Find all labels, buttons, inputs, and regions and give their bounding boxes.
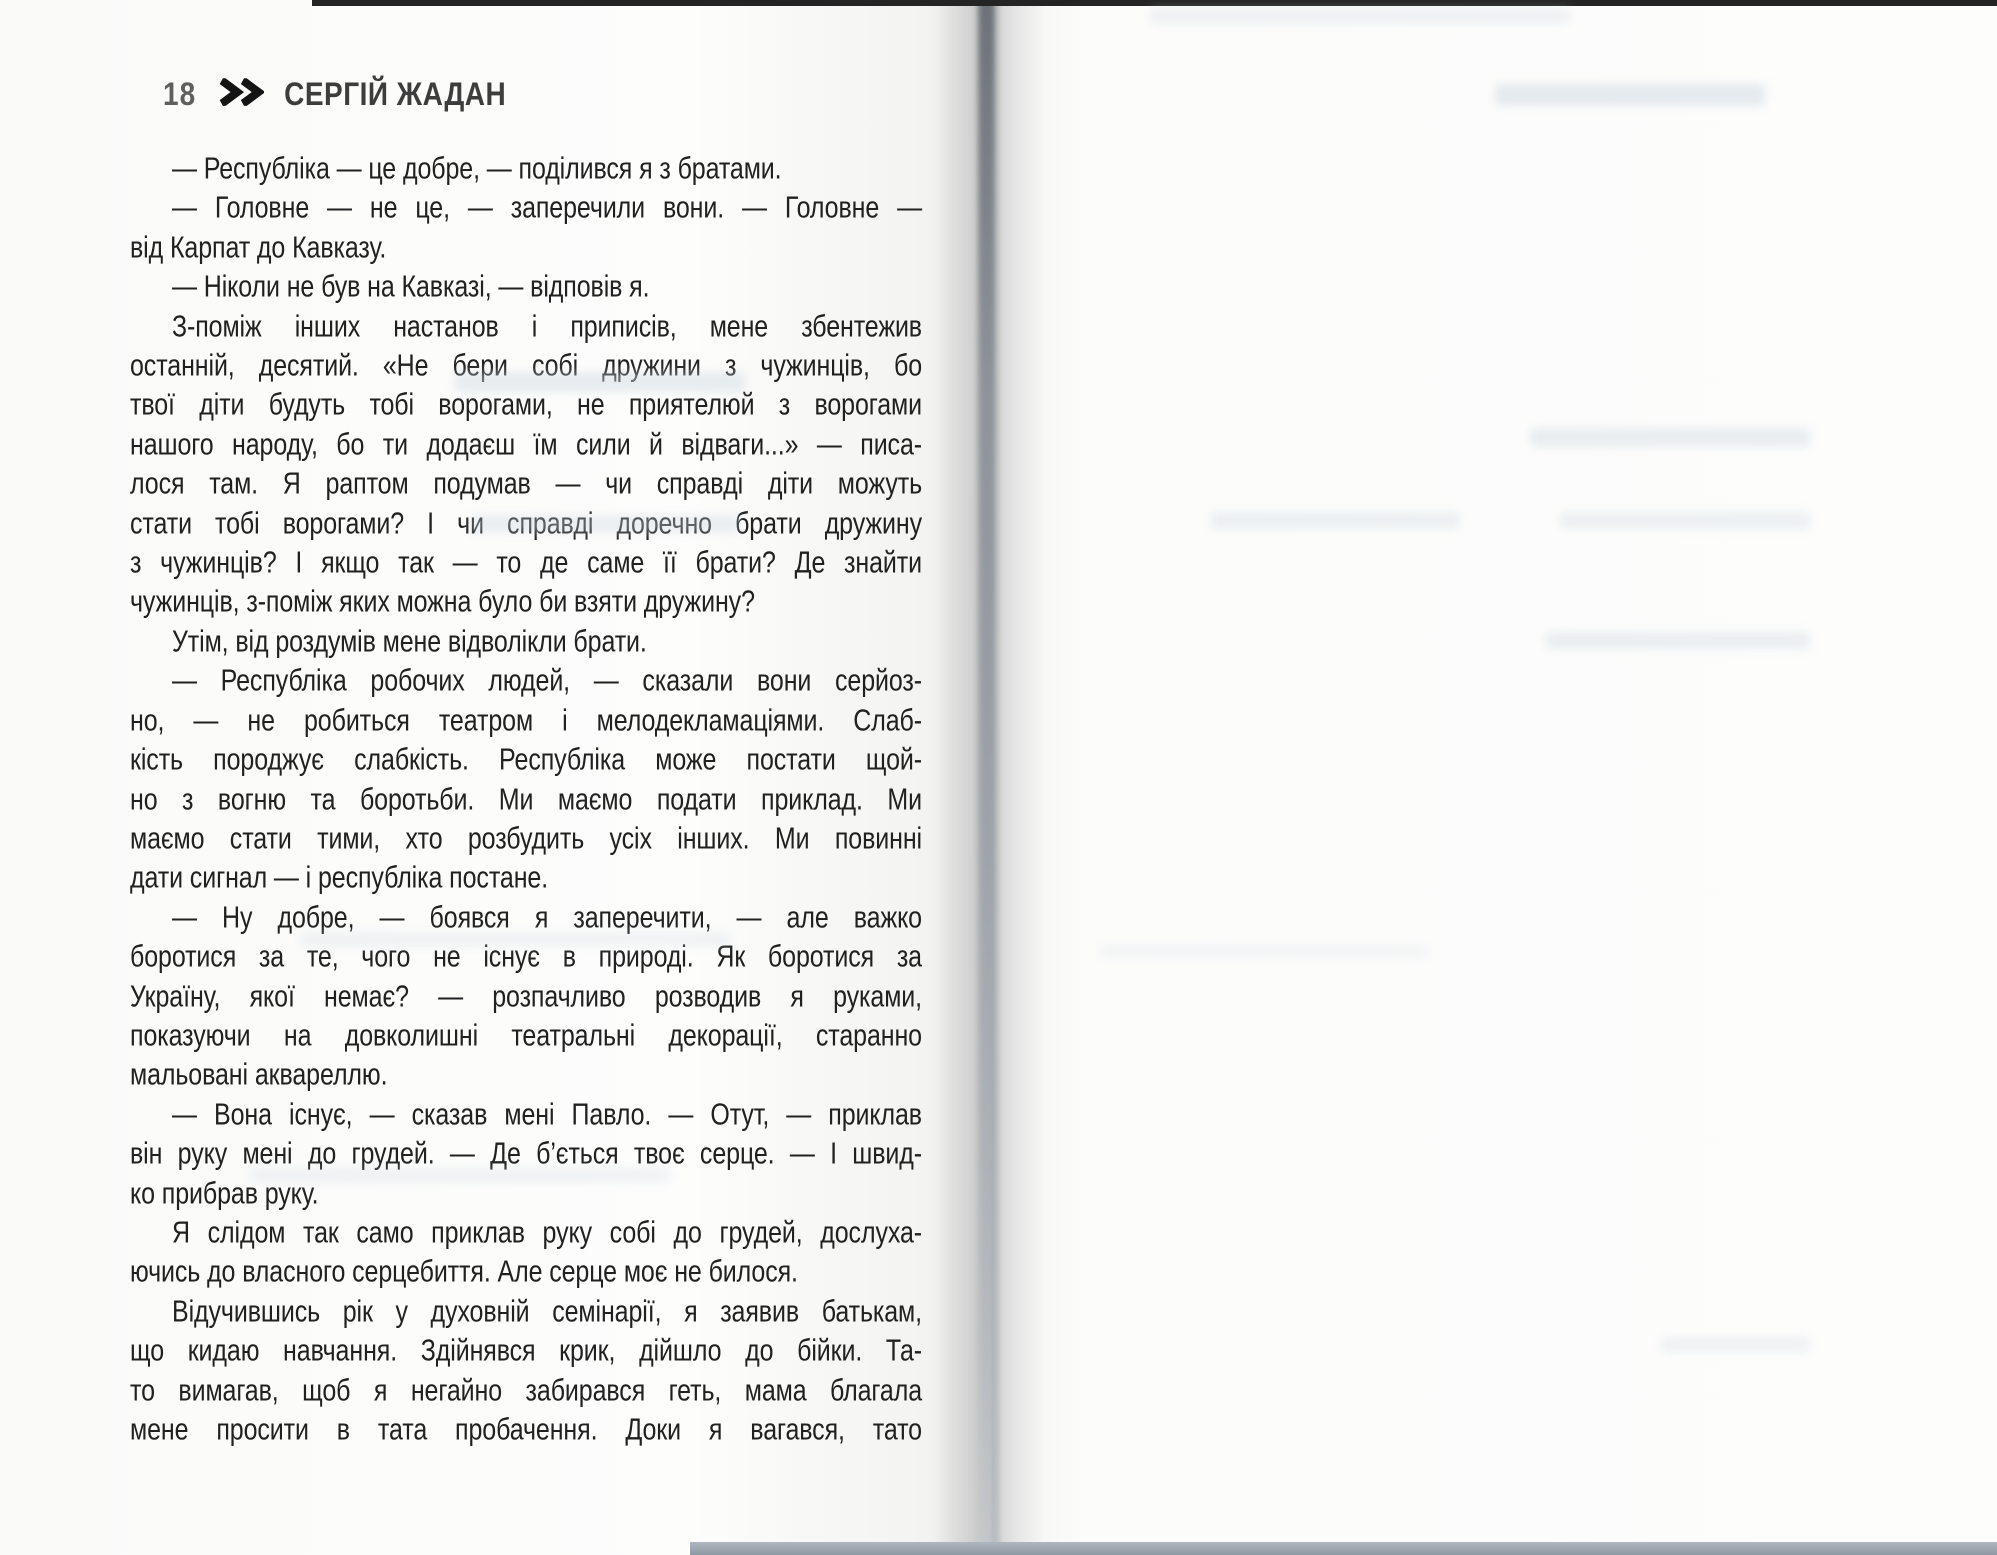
text-line: мене просити в тата пробачення. Доки я в… <box>130 1407 922 1455</box>
show-through-smudge <box>1660 1337 1810 1352</box>
left-page: 18 СЕРГІЙ ЖАДАН — Республіка — це добре,… <box>0 0 985 1555</box>
show-through-smudge <box>470 515 740 533</box>
scan-edge-top <box>312 0 1997 6</box>
show-through-smudge <box>1560 512 1810 529</box>
show-through-smudge <box>300 932 730 947</box>
left-page-number: 18 <box>163 76 196 113</box>
show-through-smudge <box>1150 8 1570 24</box>
show-through-smudge <box>250 1168 670 1183</box>
show-through-smudge <box>1530 428 1810 447</box>
right-page: Історія перша Марко 19 вигріб із письмов… <box>985 0 1997 1555</box>
double-chevron-icon <box>218 78 264 111</box>
show-through-smudge <box>1495 84 1765 106</box>
author-running-title: СЕРГІЙ ЖАДАН <box>284 76 506 113</box>
show-through-smudge <box>455 372 745 392</box>
show-through-smudge <box>1210 512 1460 529</box>
scan-edge-bottom <box>690 1542 1997 1555</box>
left-running-head: 18 СЕРГІЙ ЖАДАН <box>163 76 506 113</box>
show-through-smudge <box>1545 632 1810 649</box>
show-through-smudge <box>1100 945 1430 958</box>
left-page-text: — Республіка — це добре, — поділився я з… <box>130 150 922 1450</box>
